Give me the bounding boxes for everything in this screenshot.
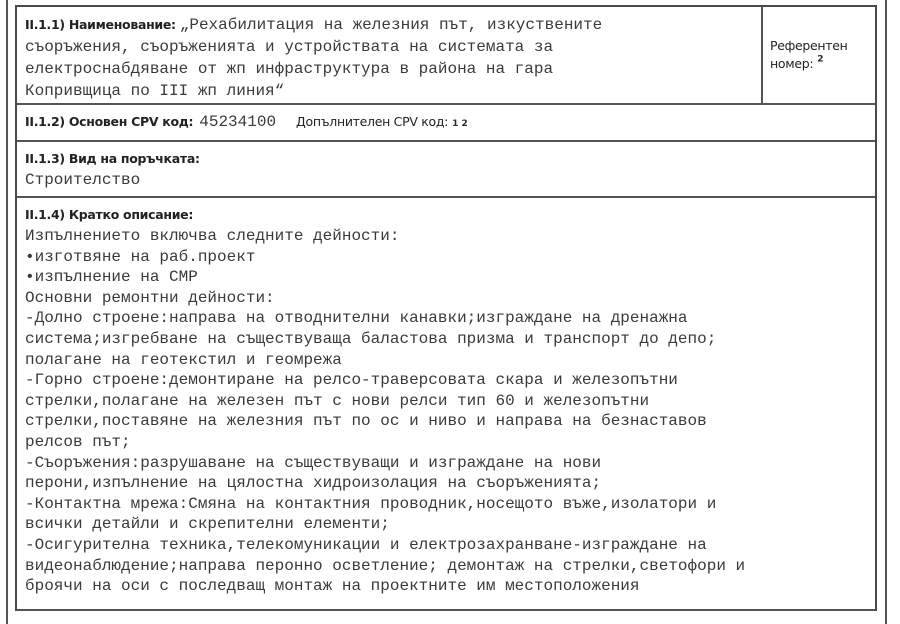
description-line: броячи на оси с последващ монтаж на прое…: [25, 576, 875, 597]
name-value-line-2: съоръжения, съоръженията и устройствата …: [25, 38, 553, 56]
description-line: -Долно строене:направа на отводнителни к…: [25, 308, 875, 329]
page-border-right-outer: [885, 0, 887, 624]
reference-label-line-2: номер:: [770, 56, 813, 71]
description-line: полагане на геотекстил и геомрежа: [25, 350, 875, 371]
section-cpv-code: II.1.2) Основен CPV код: 45234100 Допълн…: [17, 105, 875, 142]
description-line: стрелки,поставяне на железния път по ос …: [25, 411, 875, 432]
contract-object-form: II.1.1) Наименование: „Рехабилитация на …: [15, 5, 877, 611]
description-line: Основни ремонтни дейности:: [25, 288, 875, 309]
section-contract-type: II.1.3) Вид на поръчката: Строителство: [17, 142, 875, 198]
description-line: перони,изпълнение на цялостна хидроизола…: [25, 473, 875, 494]
description-line: всички детайли и скрепителни елементи;: [25, 514, 875, 535]
additional-cpv-label: Допълнителен CPV код:: [296, 114, 448, 129]
main-cpv-label: II.1.2) Основен CPV код:: [25, 114, 193, 129]
name-cell: II.1.1) Наименование: „Рехабилитация на …: [17, 7, 763, 103]
description-line: •изпълнение на СМР: [25, 267, 875, 288]
name-value-line-1: „Рехабилитация на железния път, изкустве…: [180, 16, 602, 34]
description-line: -Осигурителна техника,телекомуникации и …: [25, 535, 875, 556]
description-line: Изпълнението включва следните дейности:: [25, 226, 875, 247]
description-line: видеонаблюдение;направа перонно осветлен…: [25, 556, 875, 577]
short-description-text: Изпълнението включва следните дейности: …: [25, 226, 875, 597]
section-title-name: II.1.1) Наименование: „Рехабилитация на …: [17, 7, 875, 105]
description-line: •изготвяне на раб.проект: [25, 247, 875, 268]
main-cpv-value: 45234100: [199, 113, 276, 131]
name-label: II.1.1) Наименование:: [25, 17, 176, 32]
description-line: релсов път;: [25, 432, 875, 453]
name-value-line-4: Копривщица по III жп линия“: [25, 82, 284, 100]
short-description-label: II.1.4) Кратко описание:: [25, 207, 193, 222]
description-line: -Съоръжения:разрушаване на съществуващи …: [25, 453, 875, 474]
contract-type-label: II.1.3) Вид на поръчката:: [25, 151, 200, 166]
contract-type-value: Строителство: [25, 171, 875, 189]
reference-label-line-1: Референтен: [770, 38, 848, 53]
description-line: -Контактна мрежа:Смяна на контактния про…: [25, 494, 875, 515]
section-short-description: II.1.4) Кратко описание: Изпълнението вк…: [17, 198, 875, 611]
page-border-left-outer: [6, 0, 8, 624]
reference-footnote: 2: [817, 55, 823, 65]
reference-number-cell: Референтен номер: 2: [763, 7, 875, 103]
name-value-line-3: електроснабдяване от жп инфраструктура в…: [25, 60, 553, 78]
description-line: -Горно строене:демонтиране на релсо-трав…: [25, 370, 875, 391]
description-line: система;изгребване на съществуваща балас…: [25, 329, 875, 350]
description-line: стрелки,полагане на железен път с нови р…: [25, 391, 875, 412]
